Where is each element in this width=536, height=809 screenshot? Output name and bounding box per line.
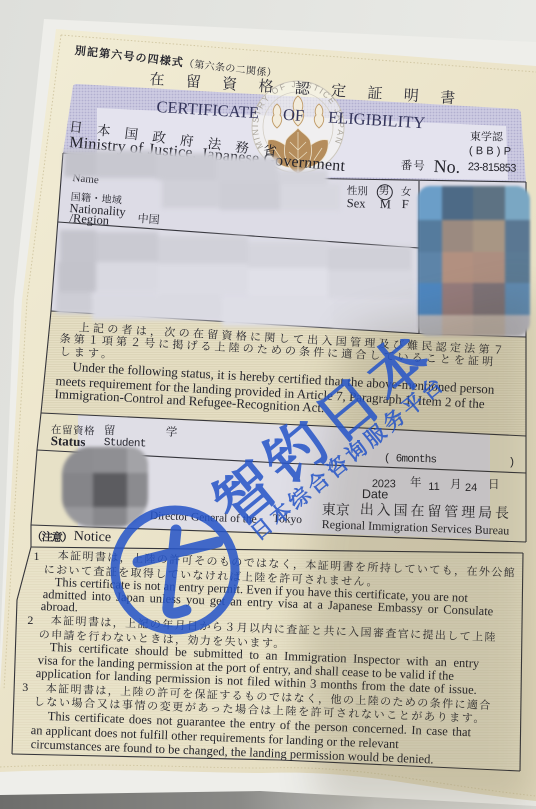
statement-en-line: Immigration-Control and Refugee-Recognit…	[54, 387, 324, 414]
issuer-ja: 日本国政府法務省	[68, 121, 291, 162]
mosaic-cell	[505, 315, 530, 336]
title-ja: 在留資格認定証明書	[149, 72, 477, 108]
status-label-ja: 在留資格	[50, 425, 95, 437]
authority-city-ja: 東京	[321, 503, 349, 518]
security-band-inner	[97, 108, 508, 180]
title-en: CERTIFICATE OF ELIGIBILITY	[156, 99, 426, 132]
notice-item-number: 2	[27, 614, 33, 626]
notice-en-line: abroad.	[41, 600, 79, 614]
pixelated-applicant-photo	[418, 186, 530, 336]
notice-ja-line: 本証明書は，上陸の許可を保証するものではなく，他の上陸のための条件に適合	[46, 683, 492, 711]
notice-ja-line: の申請を行わないときは，効力を失います。	[39, 629, 286, 649]
mosaic-cell	[442, 283, 473, 315]
redaction-block	[96, 150, 156, 178]
redaction-block	[216, 157, 278, 182]
nationality-label-ja: 国籍・地域	[70, 193, 122, 207]
issue-day-unit: 日	[488, 479, 500, 491]
mosaic-cell	[418, 315, 442, 336]
mosaic-cell	[418, 252, 442, 283]
notice-en-line: application for landing permission is no…	[35, 667, 477, 696]
issue-month: 11	[428, 482, 439, 493]
mosaic-cell	[127, 507, 148, 527]
redaction-block	[56, 292, 92, 314]
statement-ja-line: 条第１項第２号に掲げる上陸のための条件に適合していることを証明	[59, 333, 496, 368]
watermark-logo-ring	[115, 510, 235, 630]
rule-authority-bottom	[31, 525, 526, 542]
bottom-shadow-band	[0, 791, 536, 809]
mosaic-cell	[93, 447, 127, 473]
mosaic-cell	[473, 220, 505, 252]
number-label-en: No.	[433, 157, 460, 176]
redaction-block	[92, 294, 222, 320]
mosaic-cell	[505, 283, 530, 315]
notice-ja-line: において査証を取得していなければ上陸を許可されません。	[44, 564, 380, 588]
watermark-logo-glyph	[138, 530, 218, 613]
certificate-number: 23-815853	[468, 162, 516, 175]
paulownia-leaf-icon	[268, 128, 328, 174]
seal-outer-ring	[252, 81, 344, 173]
status-label-en: Status	[50, 434, 85, 448]
rule-left-border	[12, 153, 63, 754]
redaction-block	[220, 182, 280, 210]
rule-notice-bottom	[12, 754, 520, 771]
statement-en-line: Under the following status, it is hereby…	[72, 360, 494, 396]
notice-en-line: an applicant does not fulfill other requ…	[30, 724, 398, 751]
authority-title-ja: 出入国在留管理局長	[360, 503, 512, 521]
notice-item-number: 3	[22, 681, 28, 693]
period-of-stay: (6months	[383, 454, 436, 466]
pixelated-signature	[62, 447, 148, 527]
redaction-block	[156, 153, 216, 180]
mosaic-cell	[62, 473, 93, 507]
notice-ja-line: 本証明書は，上記の年月日から３月以内に査証と共に入国審査官に提出して上陸	[51, 615, 497, 643]
issue-year: 2023	[371, 479, 395, 490]
ministry-seal: MINISTRY OF JUSTICE JAPAN	[250, 79, 346, 174]
issue-day: 24	[465, 483, 477, 494]
statement-ja-line: します。	[59, 346, 115, 360]
photo-lighting-shadow	[0, 0, 536, 809]
rule-nationality-bottom	[58, 222, 419, 248]
seal-text-path: MINISTRY OF JUSTICE JAPAN	[250, 79, 346, 151]
hand-shadow	[300, 290, 536, 809]
redaction-block	[280, 184, 340, 210]
issuer-en: Ministry of Justice, Japanese Government	[69, 135, 346, 175]
nationality-value: 中国	[137, 213, 160, 226]
redaction-block	[278, 170, 328, 184]
document-photo: MINISTRY OF JUSTICE JAPAN	[0, 0, 536, 809]
redaction-block	[96, 262, 158, 292]
redaction-block	[332, 300, 414, 328]
authority-prefix-en: Director General of the	[150, 511, 257, 526]
redaction-block	[248, 242, 328, 268]
redaction-block	[162, 180, 220, 208]
notice-heading-en: Notice	[73, 530, 111, 545]
seal-inner-ring	[263, 92, 333, 162]
sex-option-female-en: F	[401, 198, 408, 211]
document-text: 別記第六号の四様式（第六条の二関係） 在留資格認定証明書 CERTIFICATE…	[0, 0, 536, 809]
watermark-logo-icon	[0, 0, 536, 809]
notice-ja-line: しない場合又は事情の変更があった場合は上陸を許可されないことがあります。	[34, 696, 487, 724]
redacted-personal-details	[0, 0, 536, 809]
mosaic-cell	[442, 220, 473, 252]
rule-notice-right	[520, 553, 523, 771]
redaction-block	[158, 264, 248, 294]
mosaic-cell	[442, 315, 473, 336]
redaction-block	[248, 268, 328, 296]
notice-en-line: circumstances are found to be changed, t…	[30, 738, 433, 766]
category-code: (BB)P	[469, 146, 515, 158]
sex-option-male-ja: 男	[379, 186, 390, 197]
rule-notice-top	[31, 547, 523, 553]
notice-ja-line: 本証明書は，上陸の許可そのものではなく，本証明書を所持していても，在外公館	[58, 550, 517, 579]
sex-label-ja: 性別	[347, 186, 368, 197]
paulownia-flower-icon	[272, 96, 323, 128]
authority-title-en: Regional Immigration Services Bureau	[321, 518, 509, 537]
period-value: 6months	[395, 453, 436, 466]
notice-en-line: admitted into Japan unless you get an en…	[42, 588, 493, 618]
mosaic-cell	[127, 447, 148, 473]
mosaic-cell	[418, 220, 442, 252]
redaction-block	[96, 232, 158, 262]
security-pattern-band	[63, 84, 526, 182]
watermark-sub-text: 日本综合咨询服务平台	[247, 373, 449, 545]
notice-en-line: This certificate does not guarantee the …	[47, 710, 471, 739]
mosaic-cell	[418, 283, 442, 315]
mosaic-cell	[93, 473, 127, 507]
watermark-main-text: 智钓日本	[204, 323, 446, 537]
statement-en-line: meets requirement for the landing provid…	[55, 374, 485, 410]
form-reference-label: 別記第六号の四様式	[74, 44, 185, 69]
mosaic-cell	[127, 473, 148, 507]
mosaic-cell	[418, 186, 442, 220]
mosaic-cell	[473, 252, 505, 283]
watermark: 智钓日本 日本综合咨询服务平台	[0, 0, 536, 809]
notice-heading-ja: （注意）	[32, 531, 72, 543]
redaction-block	[60, 230, 96, 262]
perforated-border	[0, 35, 536, 796]
mosaic-cell	[473, 315, 505, 336]
rule-info-top	[63, 153, 526, 182]
sex-option-female-ja: 女	[401, 187, 412, 198]
issue-month-unit: 月	[450, 479, 462, 491]
form-reference: 別記第六号の四様式（第六条の二関係）	[74, 41, 278, 80]
mosaic-cell	[505, 220, 530, 252]
mosaic-cell	[505, 186, 530, 220]
mosaic-cell	[442, 252, 473, 283]
notice-en-line: This certificate should be submitted to …	[49, 641, 479, 670]
name-label: Name	[72, 173, 99, 186]
mosaic-cell	[505, 252, 530, 283]
region-label-en: /Region	[69, 212, 109, 227]
mosaic-cell	[62, 507, 93, 527]
sex-option-male-en: M	[379, 198, 391, 211]
notice-en-line: visa for the landing permission at the p…	[37, 654, 454, 682]
mosaic-cell	[62, 447, 93, 473]
notice-item-number: 1	[34, 550, 40, 562]
authority-city-en: Tokyo	[273, 514, 303, 527]
issue-year-unit: 年	[410, 477, 422, 489]
issue-date-label: Date	[361, 488, 388, 501]
seal-text: MINISTRY OF JUSTICE JAPAN	[250, 79, 346, 151]
mosaic-cell	[93, 507, 127, 527]
paper-sheet-edge	[0, 19, 536, 809]
sex-label-en: Sex	[347, 197, 366, 210]
mosaic-cell	[473, 186, 505, 220]
nationality-label-en: Nationality	[69, 202, 126, 218]
form-reference-note: （第六条の二関係）	[183, 58, 277, 80]
number-label-ja: 番号	[401, 160, 426, 172]
period-open-paren: (	[383, 453, 389, 465]
period-close-paren: )	[509, 458, 516, 469]
notice-box	[12, 547, 523, 771]
notice-en-line: This certificate is not an entry permit.…	[54, 576, 468, 604]
redaction-block	[328, 270, 414, 298]
office-code: 東学認	[470, 131, 503, 143]
redaction-block	[158, 236, 248, 264]
redaction-block	[328, 246, 412, 270]
cream-certificate-page	[0, 29, 536, 801]
redaction-block	[222, 298, 332, 326]
table-surface	[0, 0, 536, 809]
status-value-ja: 留学	[104, 425, 228, 440]
mosaic-cell	[442, 186, 473, 220]
redaction-block	[64, 150, 96, 177]
mosaic-cell	[473, 283, 505, 315]
redaction-block	[58, 262, 96, 292]
rule-statement-bottom	[41, 413, 526, 436]
